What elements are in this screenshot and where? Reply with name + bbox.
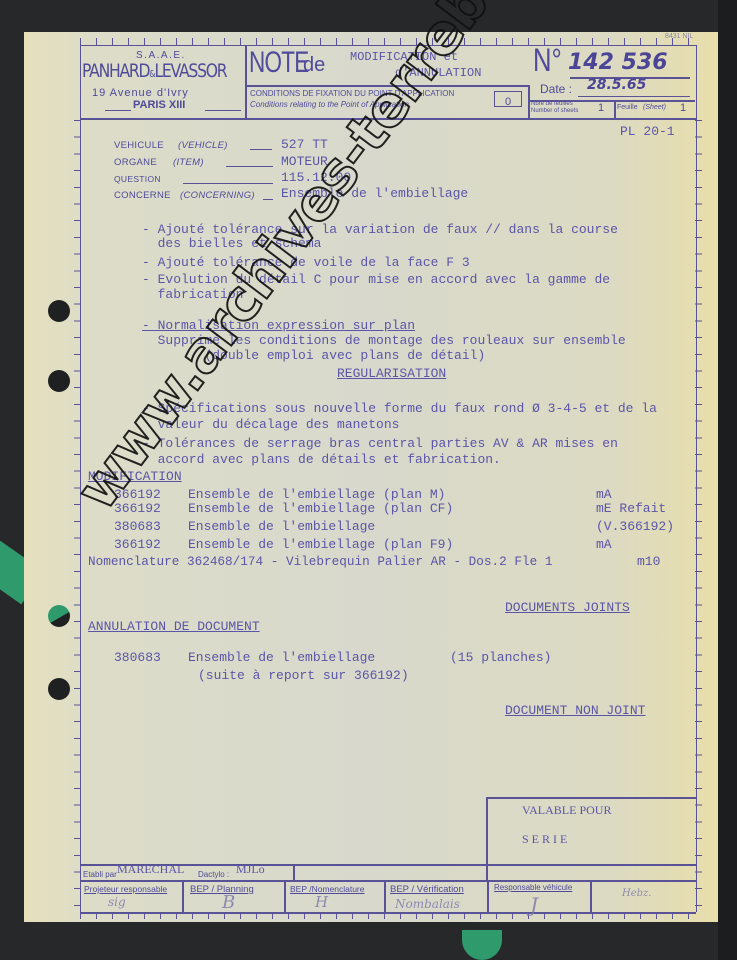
validity-box-left: [486, 797, 488, 880]
company-city: PARIS XIII: [133, 99, 185, 111]
doc-status: mA: [596, 537, 612, 552]
nomenclature-line: Nomenclature 362468/174 - Vilebrequin Pa…: [88, 554, 552, 569]
decor-line: [205, 110, 241, 111]
date-label: Date :: [540, 82, 572, 96]
decor-line: [105, 110, 131, 111]
conditions-box: 0: [494, 91, 522, 107]
date-underline: [578, 96, 690, 97]
footer-label-responsable: Responsable véhicule: [494, 883, 572, 892]
number-label: N°: [533, 42, 562, 79]
doc-number: 380683: [114, 650, 161, 665]
footer-bottom: [80, 912, 696, 914]
footer-divider: [293, 864, 295, 881]
body-line: - Tolérances de serrage bras central par…: [142, 436, 618, 451]
signature-responsable: J: [530, 893, 538, 917]
conditions-value: 0: [505, 96, 511, 108]
signature-planning: B: [222, 892, 235, 913]
footer-column-divider: [590, 880, 592, 912]
field-line: [183, 183, 273, 184]
dactylo-value: MJLo: [236, 862, 265, 877]
page-reference: PL 20-1: [620, 124, 675, 139]
nomenclature-status: m10: [637, 554, 660, 569]
doc-status: (V.366192): [596, 519, 674, 534]
body-line: accord avec plans de détails et fabricat…: [142, 452, 501, 467]
field-label-question: QUESTION: [114, 174, 161, 184]
header-divider: [528, 85, 530, 118]
footer-column-divider: [284, 880, 286, 912]
field-line: [250, 149, 272, 150]
sheet-label-en: (Sheet): [643, 104, 666, 111]
company-address: 19 Avenue d'Ivry: [92, 87, 189, 99]
header-divider: [245, 45, 247, 118]
field-line: [263, 199, 273, 200]
punch-hole: [48, 370, 70, 392]
company-logo: PANHARD&LEVASSOR: [82, 60, 226, 82]
field-label-organe: ORGANE: [114, 157, 157, 168]
footer-column-divider: [182, 880, 184, 912]
doc-description: Ensemble de l'embiellage: [188, 650, 375, 665]
validity-value: S E R I E: [522, 832, 567, 847]
doc-number: 366192: [114, 537, 161, 552]
signature-extra: Hebz.: [622, 888, 652, 899]
signature-projeteur: sig: [108, 895, 126, 909]
punch-hole: [48, 678, 70, 700]
doc-type-title: NOTE: [249, 46, 309, 80]
doc-status: mE Refait: [596, 501, 666, 516]
field-label-concerne-en: (CONCERNING): [180, 190, 255, 201]
doc-subnote: (suite à report sur 366192): [198, 668, 409, 683]
company-name-part: PANHARD: [82, 60, 149, 82]
doc-description: Ensemble de l'embiellage (plan F9): [188, 537, 453, 552]
sheets-count: 1: [598, 102, 604, 114]
field-label-concerne: CONCERNE: [114, 190, 171, 201]
body-line: - Spécifications sous nouvelle forme du …: [142, 401, 657, 416]
punch-hole: [48, 300, 70, 322]
etabli-value: MARECHAL: [117, 862, 184, 877]
document-non-joint-heading: DOCUMENT NON JOINT: [505, 703, 645, 718]
header-divider: [614, 100, 616, 118]
sheet-label: Feuille: [617, 104, 638, 111]
background-green-shape: [462, 930, 502, 960]
sheets-label: Nbre de feuilles: [531, 101, 573, 107]
validity-label: VALABLE POUR: [522, 803, 611, 818]
footer-column-divider: [487, 880, 489, 912]
doc-type-de: de: [303, 54, 325, 77]
etabli-label: Etabli par: [83, 870, 117, 879]
doc-description: Ensemble de l'embiellage (plan M): [188, 487, 445, 502]
footer-label-verification: BEP / Vérification: [390, 884, 464, 895]
body-line: - Ajouté tolérance sur la variation de f…: [142, 222, 618, 237]
footer-divider: [80, 880, 696, 882]
field-label-organe-en: (ITEM): [173, 157, 204, 168]
sheet-number: 1: [680, 102, 686, 114]
doc-description: Ensemble de l'embiellage: [188, 519, 375, 534]
doc-status: mA: [596, 487, 612, 502]
field-label-vehicle-en: (VEHICLE): [178, 140, 228, 151]
field-label-vehicle: VEHICULE: [114, 140, 164, 151]
company-name-part: LEVASSOR: [154, 60, 226, 82]
date-value: 28.5.65: [587, 77, 646, 93]
sheets-label-en: Number of sheets: [531, 108, 578, 114]
doc-description: Ensemble de l'embiellage (plan CF): [188, 501, 453, 516]
form-reference: 8431 NIL: [665, 33, 693, 40]
punch-hole: [48, 605, 70, 627]
doc-number: 380683: [114, 519, 161, 534]
validity-box-top: [487, 797, 696, 799]
documents-joints-heading: DOCUMENTS JOINTS: [505, 600, 630, 615]
footer-column-divider: [384, 880, 386, 912]
signature-nomenclature: H: [315, 893, 328, 911]
footer-label-projeteur: Projeteur responsable: [84, 884, 167, 894]
dactylo-label: Dactylo :: [198, 870, 229, 879]
scanner-edge: [718, 0, 737, 960]
regularisation-heading: REGULARISATION: [337, 366, 446, 381]
annulation-heading: ANNULATION DE DOCUMENT: [88, 619, 260, 634]
document-number: 142 536: [568, 50, 668, 75]
field-line: [226, 166, 273, 167]
doc-note: (15 planches): [450, 650, 551, 665]
signature-verification: Nombalais: [395, 897, 460, 911]
